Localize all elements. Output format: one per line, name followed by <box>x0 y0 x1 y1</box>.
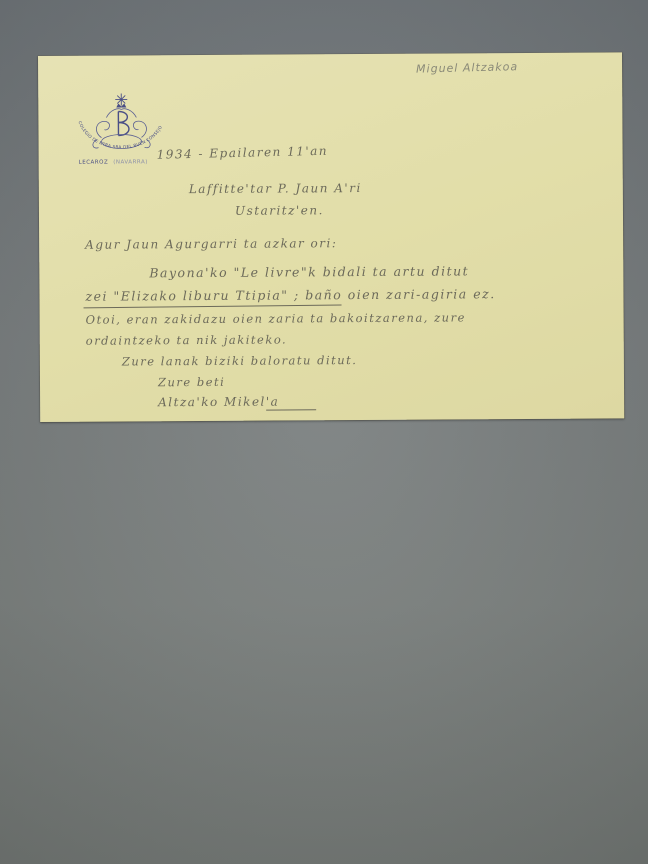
greeting: Agur Jaun Agurgarri ta azkar ori: <box>85 236 337 252</box>
body-line-1: Bayona'ko "Le livre"k bidali ta artu dit… <box>149 263 469 280</box>
letterhead-town: LECAROZ(NAVARRA) <box>79 159 148 165</box>
signature-underline <box>266 409 316 410</box>
handwritten-letter: COLEGIO DE NTRA SRA DEL BUEN CONSEJO LEC… <box>38 52 624 422</box>
pencil-annotation: Miguel Altzakoa <box>416 60 518 75</box>
title-underline <box>84 304 342 308</box>
town-name: LECAROZ <box>79 160 109 166</box>
region-name: (NAVARRA) <box>113 159 148 165</box>
recipient-line: Laffitte'tar P. Jaun A'ri <box>189 181 362 196</box>
letter-date: 1934 - Epailaren 11'an <box>156 144 328 162</box>
valediction: Zure beti <box>158 375 225 389</box>
body-line-3: Otoi, eran zakidazu oien zaria ta bakoit… <box>86 310 466 326</box>
body-line-2: zei "Elizako liburu Ttipia" ; baño oien … <box>85 286 495 304</box>
body-line-4: ordaintzeko ta nik jakiteko. <box>86 332 288 347</box>
closing-line: Zure lanak biziki baloratu ditut. <box>122 353 358 368</box>
letterhead: COLEGIO DE NTRA SRA DEL BUEN CONSEJO <box>66 91 177 182</box>
recipient-place: Ustaritz'en. <box>235 203 324 218</box>
signature: Altza'ko Mikel'a <box>158 395 279 410</box>
